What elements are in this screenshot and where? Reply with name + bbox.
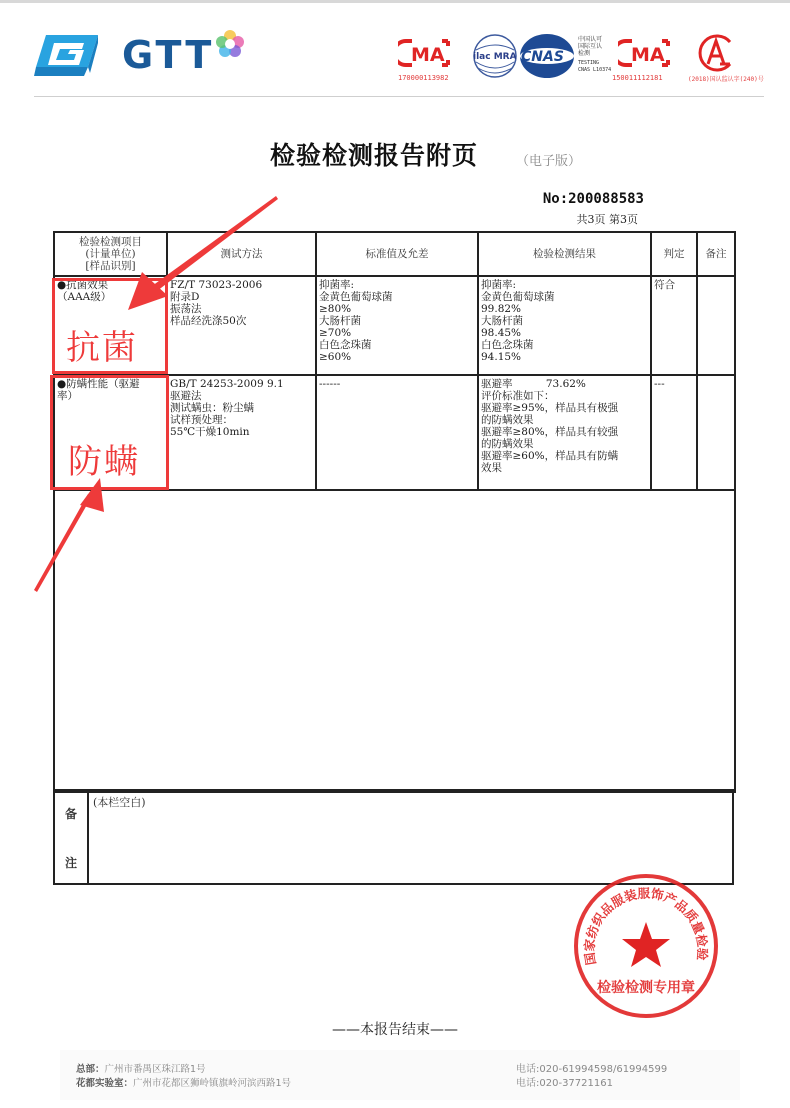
text-line: 白色念珠菌 [319,339,475,351]
text-line: 抑菌率: [481,279,648,291]
page-title: 检验检测报告附页 [270,136,478,172]
cell-standard: ------ [316,375,478,490]
text-line: 检验检测结果 [481,248,648,260]
text-line: 检验检测项目 [57,236,164,248]
antibacterial-annotation: 抗菌 [66,320,138,369]
cell-remark [697,375,735,490]
cell-result: 驱避率 73.62%评价标准如下：驱避率≥95%，样品具有极强的防螨效果驱避率≥… [478,375,651,490]
certification-logos: MA 170000113982 ilac MRA CNAS 中国认可 国际互认 … [390,30,780,90]
text-line: 试样预处理： [170,414,313,426]
remarks-section: 备 注 (本栏空白) [53,789,734,885]
text-line: 驱避率≥80%，样品具有较强 [481,426,648,438]
header-judgement: 判定 [651,232,697,276]
footer: 总部：广州市番禺区珠江路1号 花都实验室：广州市花都区狮岭镇旗岭河滨西路1号 电… [60,1050,740,1100]
cell-result: 抑菌率:金黄色葡萄球菌99.82%大肠杆菌98.45%白色念珠菌94.15% [478,276,651,375]
text-line: 样品经洗涤50次 [170,315,313,327]
text-line: 94.15% [481,351,648,363]
cma-logo-icon: MA [618,38,674,68]
text-line: 判定 [654,248,694,260]
ilac-mra-logo-icon: ilac MRA [472,32,518,80]
table-empty-row [54,490,735,792]
header-divider [34,96,764,97]
remarks-label-bottom: 注 [65,854,77,871]
text-line: 98.45% [481,327,648,339]
header-result: 检验检测结果 [478,232,651,276]
cnas-side-text: 中国认可 国际互认 检测 [578,36,608,57]
brand-name: GTT [122,33,214,77]
gtt-emblem-icon [34,33,100,77]
flower-icon [216,30,244,58]
text-line: 备注 [700,248,732,260]
cal-number: (2018)国认监认字(240)号 [688,74,764,83]
remarks-label-top: 备 [65,805,77,822]
report-end-marker: ——本报告结束—— [0,1019,790,1039]
text-line: ≥70% [319,327,475,339]
text-line: ≥80% [319,303,475,315]
text-line: 驱避率≥95%，样品具有极强 [481,402,648,414]
cnas-logo-icon: CNAS [518,32,576,80]
cell-remark [697,276,735,375]
svg-text:MA: MA [631,44,665,66]
text-line: 振荡法 [170,303,313,315]
text-line: 测试方法 [170,248,313,260]
cell-judgement: 符合 [651,276,697,375]
table-header-row: 检验检测项目(计量单位)[样品识别] 测试方法 标准值及允差 检验检测结果 判定… [54,232,735,276]
svg-text:ilac MRA: ilac MRA [473,52,517,62]
cal-logo-icon [696,34,736,72]
lab-phone: 电话:020-37721161 [516,1077,667,1091]
text-line: 驱避率≥60%，样品具有防螨 [481,450,648,462]
text-line: GB/T 24253-2009 9.1 [170,378,313,390]
cell-judgement: --- [651,375,697,490]
cma-number-2: 150011112181 [612,74,663,82]
text-line: 金黄色葡萄球菌 [319,291,475,303]
svg-text:CNAS: CNAS [521,49,564,65]
cell-method: FZ/T 73023-2006附录D振荡法样品经洗涤50次 [167,276,316,375]
footer-phones: 电话:020-61994598/61994599 电话:020-37721161 [516,1063,667,1091]
text-line: FZ/T 73023-2006 [170,279,313,291]
top-border [0,0,790,3]
edition-label: （电子版） [516,150,581,169]
report-number: No:200088583 [543,191,644,207]
text-line: 白色念珠菌 [481,339,648,351]
hq-phone: 电话:020-61994598/61994599 [516,1063,667,1077]
cnas-testing: TESTING [578,60,599,66]
remarks-label: 备 注 [55,791,89,883]
remarks-content: (本栏空白) [89,791,732,883]
footer-addresses: 总部：广州市番禺区珠江路1号 花都实验室：广州市花都区狮岭镇旗岭河滨西路1号 [76,1063,291,1091]
lab-address: 广州市花都区狮岭镇旗岭河滨西路1号 [133,1078,291,1089]
seal-inner-text: 检验检测专用章 [597,979,695,996]
text-line: 金黄色葡萄球菌 [481,291,648,303]
header-standard: 标准值及允差 [316,232,478,276]
cma-logo-icon: MA [398,38,454,68]
text-line: 99.82% [481,303,648,315]
header-remark: 备注 [697,232,735,276]
text-line: 评价标准如下： [481,390,648,402]
text-line: 55℃干燥10min [170,426,313,438]
hq-label: 总部： [76,1064,105,1075]
text-line: 大肠杆菌 [481,315,648,327]
header-item: 检验检测项目(计量单位)[样品识别] [54,232,167,276]
text-line: 附录D [170,291,313,303]
empty-area [54,490,735,792]
text-line: [样品识别] [57,260,164,272]
gtt-logo: GTT [34,32,244,77]
official-seal: 国家纺织品服装服饰产品质量检验中心(广州) 检验检测专用章 [572,872,720,1020]
text-line: 驱避率 73.62% [481,378,648,390]
text-line: 的防螨效果 [481,414,648,426]
text-line: 大肠杆菌 [319,315,475,327]
hq-address: 广州市番禺区珠江路1号 [105,1064,206,1075]
text-line: 测试螨虫：粉尘螨 [170,402,313,414]
cell-standard: 抑菌率:金黄色葡萄球菌≥80%大肠杆菌≥70%白色念珠菌≥60% [316,276,478,375]
text-line: 效果 [481,462,648,474]
text-line: 驱避法 [170,390,313,402]
text-line: ≥60% [319,351,475,363]
anti-mite-annotation: 防螨 [68,434,140,483]
lab-label: 花都实验室： [76,1078,133,1089]
page-indicator: 共3页 第3页 [577,211,639,227]
cell-method: GB/T 24253-2009 9.1驱避法测试螨虫：粉尘螨试样预处理：55℃干… [167,375,316,490]
text-line: 标准值及允差 [319,248,475,260]
star-icon [622,922,670,967]
header-method: 测试方法 [167,232,316,276]
svg-text:MA: MA [411,44,445,66]
text-line: 抑菌率: [319,279,475,291]
text-line: 的防螨效果 [481,438,648,450]
text-line: (计量单位) [57,248,164,260]
cma-number-1: 170000113982 [398,74,449,82]
text-line: ------ [319,378,475,390]
cnas-number: CNAS L10374 [578,67,611,73]
